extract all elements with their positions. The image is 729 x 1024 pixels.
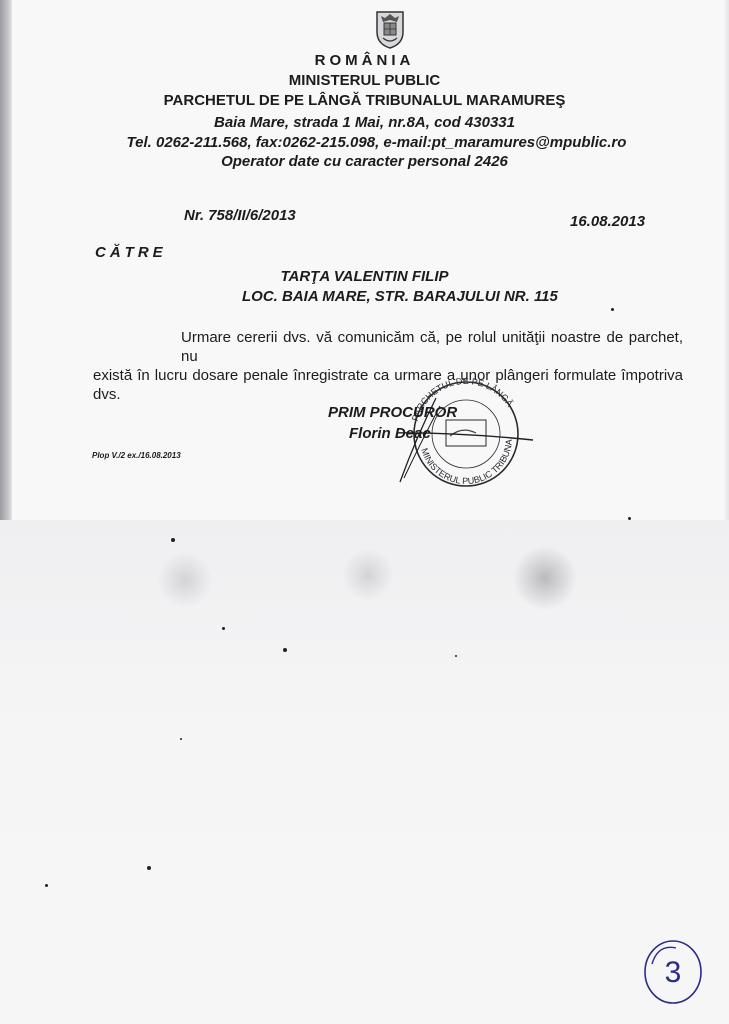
letter-body-line-1: Urmare cererii dvs. vă comunicăm că, pe … [93, 328, 683, 366]
header-address: Baia Mare, strada 1 Mai, nr.8A, cod 4303… [0, 114, 729, 131]
scan-dust [45, 884, 48, 887]
header-country: ROMÂNIA [0, 52, 729, 69]
scan-dust [180, 738, 182, 740]
header-institution: PARCHETUL DE PE LÂNGĂ TRIBUNALUL MARAMUR… [0, 92, 729, 109]
signatory-title: PRIM PROCUROR [328, 404, 457, 421]
header-operator: Operator date cu caracter personal 2426 [0, 153, 729, 170]
scan-dust [147, 866, 151, 870]
scan-dust [222, 627, 225, 630]
scan-dust [171, 538, 175, 542]
recipient-address: LOC. BAIA MARE, STR. BARAJULUI NR. 115 [242, 288, 558, 305]
scanned-letter-page: ROMÂNIA MINISTERUL PUBLIC PARCHETUL DE P… [0, 0, 729, 1024]
scan-noise-area [0, 520, 729, 1024]
to-label: CĂTRE [95, 244, 167, 261]
scan-dust [283, 648, 287, 652]
scan-dust [455, 655, 457, 657]
handwritten-page-number: 3 [640, 936, 708, 1006]
signatory-name: Florin Deac [349, 425, 431, 442]
scan-dust [628, 517, 631, 520]
romanian-coat-of-arms-icon [373, 8, 407, 50]
recipient-name: TARŢA VALENTIN FILIP [0, 268, 729, 285]
letter-date: 16.08.2013 [570, 213, 645, 230]
scan-dust [611, 308, 614, 311]
letter-body: Urmare cererii dvs. vă comunicăm că, pe … [93, 328, 683, 404]
letter-body-line-2: există în lucru dosare penale înregistra… [93, 367, 683, 403]
header-ministry: MINISTERUL PUBLIC [0, 72, 729, 89]
document-reference: Plop V./2 ex./16.08.2013 [92, 451, 181, 460]
page-number-text: 3 [665, 956, 682, 989]
header-contact: Tel. 0262-211.568, fax:0262-215.098, e-m… [12, 134, 729, 151]
registration-number: Nr. 758/II/6/2013 [184, 207, 296, 224]
